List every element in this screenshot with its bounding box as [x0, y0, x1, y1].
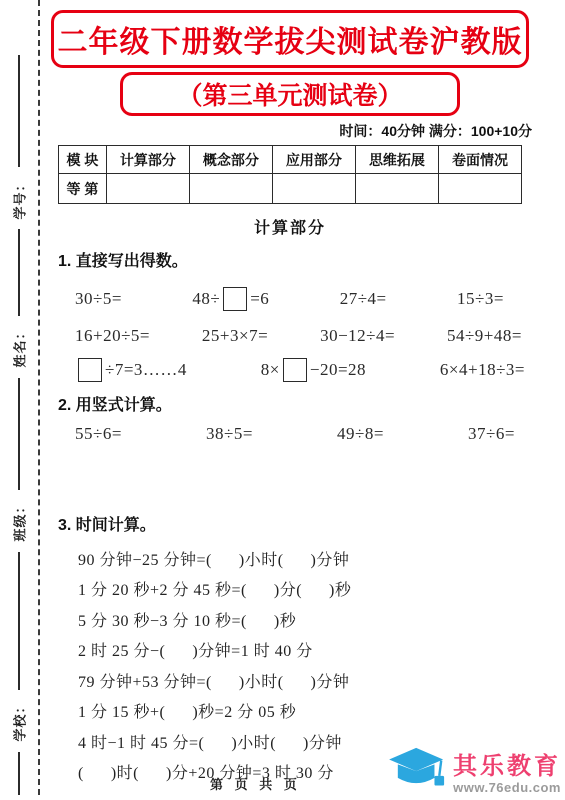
q1-label: 1. 直接写出得数。: [58, 248, 540, 271]
equation: 6×4+18÷3=: [440, 360, 525, 380]
score-table: 模 块 计算部分 概念部分 应用部分 思维拓展 卷面情况 等 第: [58, 145, 522, 204]
vertical-calculation-workspace: [40, 444, 540, 502]
equation: 55÷6=: [75, 424, 122, 444]
student-info-sidebar: 学号： 姓名： 班级： 学校：: [0, 0, 40, 795]
equation: 49÷8=: [337, 424, 384, 444]
paper-title-box: 二年级下册数学拔尖测试卷沪教版: [51, 10, 529, 68]
fill-in-line: [18, 552, 20, 690]
answer-box: [283, 358, 307, 382]
grade-row-label: 等 第: [59, 174, 107, 204]
equation: 54÷9+48=: [447, 326, 522, 346]
q2-row: 55÷6= 38÷5= 49÷8= 37÷6=: [40, 424, 540, 444]
q1-row1: 30÷5= 48÷=6 27÷4= 15÷3=: [40, 287, 540, 311]
student-name-label: 姓名：: [10, 326, 29, 368]
time-score-info: 时间：40分钟 满分：100+10分: [40, 121, 540, 141]
q1-row2: 16+20÷5= 25+3×7= 30−12÷4= 54÷9+48=: [40, 326, 540, 346]
qile-education-logo: 其乐教育 www.76edu.com: [389, 746, 561, 800]
score-header-calculation: 计算部分: [106, 146, 189, 174]
equation: 30−12÷4=: [320, 326, 395, 346]
grade-cell: [438, 174, 521, 204]
student-id-label: 学号：: [10, 177, 29, 219]
logo-text-block: 其乐教育 www.76edu.com: [453, 754, 561, 800]
score-header-thinking: 思维拓展: [355, 146, 438, 174]
answer-box: [78, 358, 102, 382]
student-id-label-wrap: 学号：: [0, 167, 39, 229]
paper-subtitle-box: （第三单元测试卷）: [120, 72, 460, 116]
paper-title: 二年级下册数学拔尖测试卷沪教版: [58, 17, 523, 61]
equation: 15÷3=: [457, 289, 504, 309]
score-header-neatness: 卷面情况: [438, 146, 521, 174]
logo-name: 其乐教育: [453, 754, 561, 780]
class-label: 班级：: [10, 500, 29, 542]
school-label: 学校：: [10, 700, 29, 742]
fill-in-line: [18, 378, 20, 490]
equation-with-box: ÷7=3……4: [75, 358, 187, 382]
score-table-header-row: 模 块 计算部分 概念部分 应用部分 思维拓展 卷面情况: [59, 146, 522, 174]
equation-part: 48÷: [192, 289, 220, 309]
school-label-wrap: 学校：: [0, 690, 39, 752]
equation: 27÷4=: [340, 289, 387, 309]
student-name-label-wrap: 姓名：: [0, 316, 39, 378]
score-header-module: 模 块: [59, 146, 107, 174]
answer-box: [223, 287, 247, 311]
equation-with-box: 48÷=6: [192, 287, 269, 311]
equation-part: =6: [250, 289, 269, 309]
time-equation: 90 分钟−25 分钟=( )小时( )分钟: [78, 543, 540, 574]
equation-part: −20=28: [310, 360, 366, 380]
section-title-calculation: 计算部分: [40, 215, 540, 238]
paper-subtitle: （第三单元测试卷）: [177, 76, 402, 112]
grade-cell: [189, 174, 272, 204]
score-header-application: 应用部分: [272, 146, 355, 174]
page-footer: 第 页 共 页: [210, 774, 301, 793]
paper-content: 二年级下册数学拔尖测试卷沪教版 （第三单元测试卷） 时间：40分钟 满分：100…: [40, 0, 540, 800]
test-paper-page: 学号： 姓名： 班级： 学校： 二年级下册数学拔尖测试卷沪教版 （第三单元测试卷…: [0, 0, 565, 800]
equation: 37÷6=: [468, 424, 515, 444]
equation-with-box: 8×−20=28: [261, 358, 366, 382]
equation-part: 8×: [261, 360, 280, 380]
time-equation: 2 时 25 分−( )分钟=1 时 40 分: [78, 635, 540, 666]
time-equation: 5 分 30 秒−3 分 10 秒=( )秒: [78, 604, 540, 635]
q2-label: 2. 用竖式计算。: [58, 392, 540, 415]
equation: 25+3×7=: [202, 326, 268, 346]
logo-url: www.76edu.com: [453, 780, 561, 796]
grade-cell: [355, 174, 438, 204]
graduation-cap-icon: [389, 746, 451, 800]
fill-in-line: [18, 229, 20, 315]
class-label-wrap: 班级：: [0, 490, 39, 552]
fill-in-line: [18, 55, 20, 167]
grade-cell: [272, 174, 355, 204]
equation: 30÷5=: [75, 289, 122, 309]
grade-cell: [106, 174, 189, 204]
equation-part: ÷7=3……4: [105, 360, 187, 380]
score-header-concept: 概念部分: [189, 146, 272, 174]
time-equation: 79 分钟+53 分钟=( )小时( )分钟: [78, 665, 540, 696]
time-equation: 1 分 20 秒+2 分 45 秒=( )分( )秒: [78, 574, 540, 605]
q3-label: 3. 时间计算。: [58, 512, 540, 535]
q1-row3: ÷7=3……4 8×−20=28 6×4+18÷3=: [40, 358, 540, 382]
fill-in-line: [18, 752, 20, 795]
equation: 38÷5=: [206, 424, 253, 444]
equation: 16+20÷5=: [75, 326, 150, 346]
score-table-grade-row: 等 第: [59, 174, 522, 204]
time-equation: 1 分 15 秒+( )秒=2 分 05 秒: [78, 696, 540, 727]
